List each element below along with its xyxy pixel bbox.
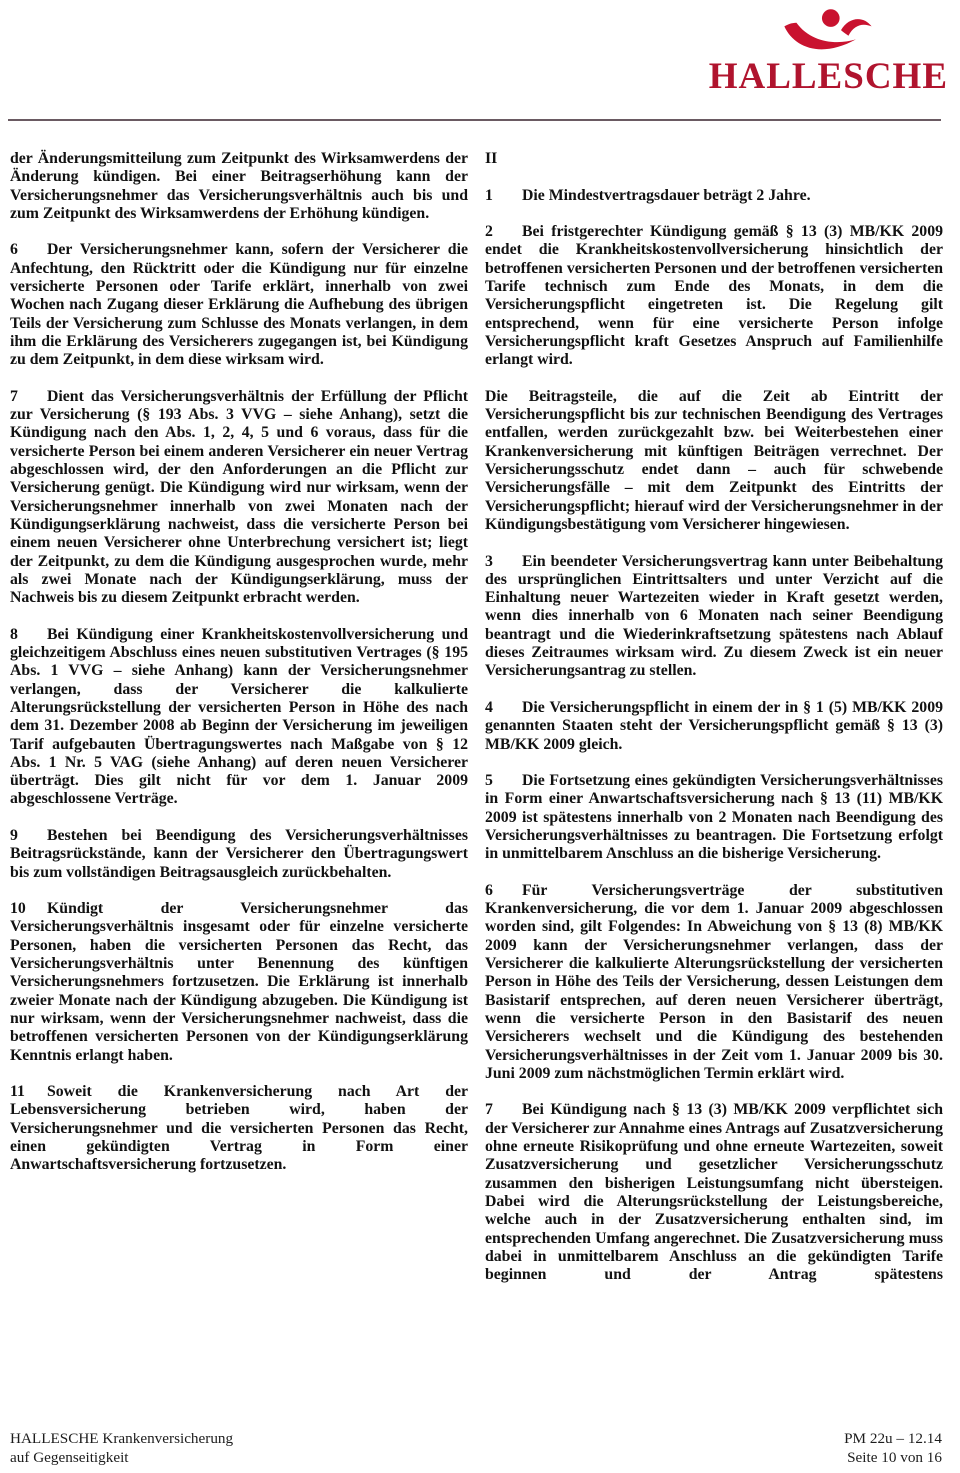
footer-company-block: HALLESCHE Krankenversicherung auf Gegens…: [10, 1429, 233, 1467]
brand-logo: HALLESCHE: [709, 6, 948, 96]
header-divider: [8, 119, 941, 121]
paragraph-number: 2: [485, 223, 522, 241]
paragraph: 5Die Fortsetzung eines gekündigten Versi…: [485, 772, 943, 863]
page-footer: HALLESCHE Krankenversicherung auf Gegens…: [10, 1429, 942, 1467]
right-column: II 1Die Mindestvertragsdauer beträgt 2 J…: [485, 150, 943, 1284]
paragraph: 7Dient das Versicherungsverhältnis der E…: [10, 388, 468, 608]
paragraph-number: 3: [485, 553, 522, 571]
paragraph: 2Bei fristgerechter Kündigung gemäß § 13…: [485, 223, 943, 369]
brand-wordmark: HALLESCHE: [709, 58, 948, 96]
header: HALLESCHE: [0, 0, 960, 120]
footer-company-line2: auf Gegenseitigkeit: [10, 1448, 233, 1467]
paragraph-number: 6: [10, 241, 47, 259]
document-body: der Änderungsmitteilung zum Zeitpunkt de…: [10, 150, 943, 1284]
paragraph: 8Bei Kündigung einer Krankheitskostenvol…: [10, 626, 468, 809]
paragraph: 6Der Versicherungsnehmer kann, sofern de…: [10, 241, 468, 369]
paragraph-number: 10: [10, 900, 47, 918]
footer-company-line1: HALLESCHE Krankenversicherung: [10, 1429, 233, 1448]
paragraph-number: 1: [485, 187, 522, 205]
paragraph-number: 6: [485, 882, 522, 900]
document-page: HALLESCHE der Änderungsmitteilung zum Ze…: [0, 0, 960, 1473]
section-heading: II: [485, 150, 943, 168]
paragraph-number: 11: [10, 1083, 47, 1101]
footer-doc-code: PM 22u – 12.14: [844, 1429, 942, 1448]
footer-meta-block: PM 22u – 12.14 Seite 10 von 16: [844, 1429, 942, 1467]
paragraph: 11Soweit die Krankenversicherung nach Ar…: [10, 1083, 468, 1174]
paragraph: Die Beitragsteile, die auf die Zeit ab E…: [485, 388, 943, 534]
paragraph-number: 5: [485, 772, 522, 790]
paragraph: 6Für Versicherungsverträge der substitut…: [485, 882, 943, 1083]
paragraph: 4Die Versicherungspflicht in einem der i…: [485, 699, 943, 754]
paragraph-number: 9: [10, 827, 47, 845]
paragraph-number: 7: [10, 388, 47, 406]
paragraph-number: 7: [485, 1101, 522, 1119]
paragraph: 9Bestehen bei Beendigung des Versicherun…: [10, 827, 468, 882]
footer-page-number: Seite 10 von 16: [844, 1448, 942, 1467]
paragraph: der Änderungsmitteilung zum Zeitpunkt de…: [10, 150, 468, 223]
paragraph: 3Ein beendeter Versicherungsvertrag kann…: [485, 553, 943, 681]
paragraph-number: 8: [10, 626, 47, 644]
hallesche-swoosh-icon: [780, 6, 876, 58]
paragraph-number: 4: [485, 699, 522, 717]
paragraph: 10Kündigt der Versicherungsnehmer das Ve…: [10, 900, 468, 1065]
paragraph: 7Bei Kündigung nach § 13 (3) MB/KK 2009 …: [485, 1101, 943, 1284]
paragraph: 1Die Mindestvertragsdauer beträgt 2 Jahr…: [485, 187, 943, 205]
left-column: der Änderungsmitteilung zum Zeitpunkt de…: [10, 150, 468, 1284]
